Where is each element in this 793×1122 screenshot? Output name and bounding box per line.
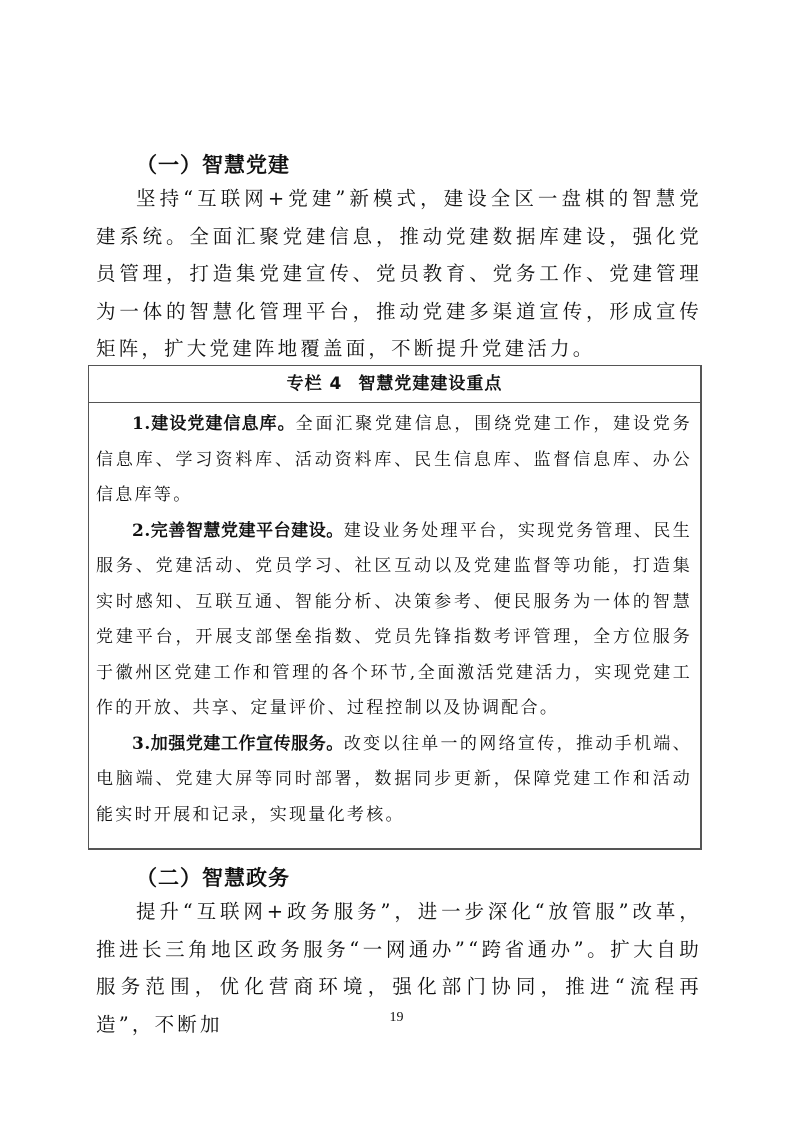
box-item-text: 建设业务处理平台，实现党务管理、民生服务、党建活动、党员学习、社区互动以及党建监… [96, 521, 692, 719]
box-item-lead: 1.建设党建信息库。 [132, 414, 296, 434]
document-page: （一）智慧党建 坚持“互联网+党建”新模式，建设全区一盘棋的智慧党建系统。全面汇… [0, 0, 793, 1122]
box-item-3: 3.加强党建工作宣传服务。改变以往单一的网络宣传，推动手机端、电脑端、党建大屏等… [89, 727, 700, 834]
box-item-lead: 2.完善智慧党建平台建设。 [132, 521, 344, 541]
box-title: 专栏 4智慧党建建设重点 [89, 366, 700, 403]
box-heading: 智慧党建建设重点 [358, 374, 502, 394]
feature-box-column-4: 专栏 4智慧党建建设重点 1.建设党建信息库。全面汇聚党建信息，围绕党建工作，建… [88, 365, 702, 850]
section-heading-smart-party-building: （一）智慧党建 [136, 149, 290, 179]
section-paragraph-smart-party-building: 坚持“互联网+党建”新模式，建设全区一盘棋的智慧党建系统。全面汇聚党建信息，推动… [96, 180, 702, 368]
box-label: 专栏 4 [287, 374, 343, 394]
page-number: 19 [0, 1010, 793, 1026]
box-item-2: 2.完善智慧党建平台建设。建设业务处理平台，实现党务管理、民生服务、党建活动、党… [89, 514, 700, 727]
box-item-1: 1.建设党建信息库。全面汇聚党建信息，围绕党建工作，建设党务信息库、学习资料库、… [89, 407, 700, 514]
box-item-lead: 3.加强党建工作宣传服务。 [132, 734, 344, 754]
section-heading-smart-government: （二）智慧政务 [136, 862, 290, 892]
